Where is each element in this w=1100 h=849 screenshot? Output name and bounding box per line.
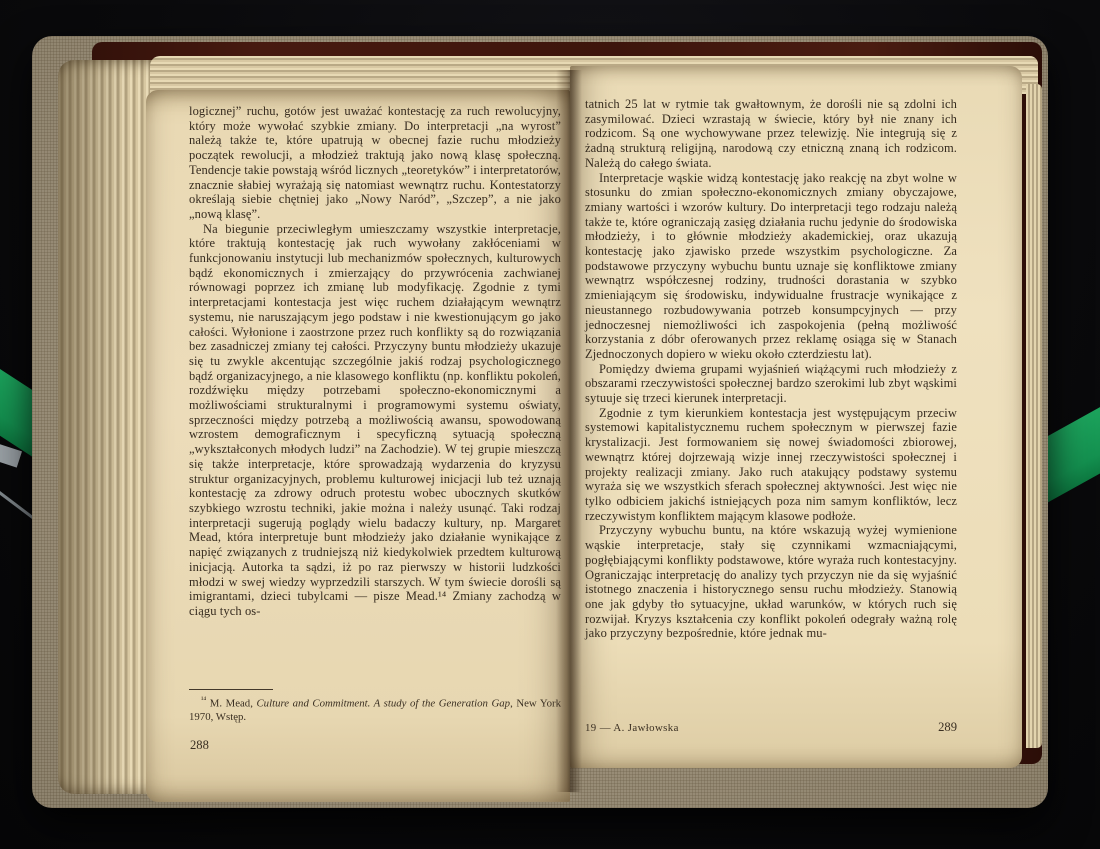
paragraph: Na biegunie przeciwległym umieszczamy ws… (189, 222, 561, 619)
print-signature: 19 — A. Jawłowska (585, 722, 679, 734)
paragraph: Interpretacje wąskie widzą kontestację j… (585, 171, 957, 362)
page-number-right: 289 (938, 720, 957, 735)
paragraph: Pomiędzy dwiema grupami wyjaśnień wiążąc… (585, 362, 957, 406)
footnote-rule (189, 689, 273, 690)
right-page-footer: 19 — A. Jawłowska 289 (585, 720, 957, 735)
paragraph: logicznej” ruchu, gotów jest uważać kont… (189, 104, 561, 222)
page-stack-right-edge (1026, 84, 1042, 748)
footnote: ¹⁴ M. Mead, Culture and Commitment. A st… (189, 694, 561, 723)
right-page-text: tatnich 25 lat w rytmie tak gwałtownym, … (585, 97, 957, 641)
open-book: logicznej” ruchu, gotów jest uważać kont… (0, 0, 1100, 849)
footnote-author: M. Mead, (206, 698, 256, 710)
paragraph: tatnich 25 lat w rytmie tak gwałtownym, … (585, 97, 957, 171)
photo-backdrop: logicznej” ruchu, gotów jest uważać kont… (0, 0, 1100, 849)
paragraph: Zgodnie z tym kierunkiem kontestacja jes… (585, 406, 957, 524)
page-number-left: 288 (190, 738, 209, 753)
footnote-book-title: Culture and Commitment. A study of the G… (256, 698, 510, 710)
paragraph: Przyczyny wybuchu buntu, na które wskazu… (585, 523, 957, 641)
left-page-text: logicznej” ruchu, gotów jest uważać kont… (189, 104, 561, 619)
